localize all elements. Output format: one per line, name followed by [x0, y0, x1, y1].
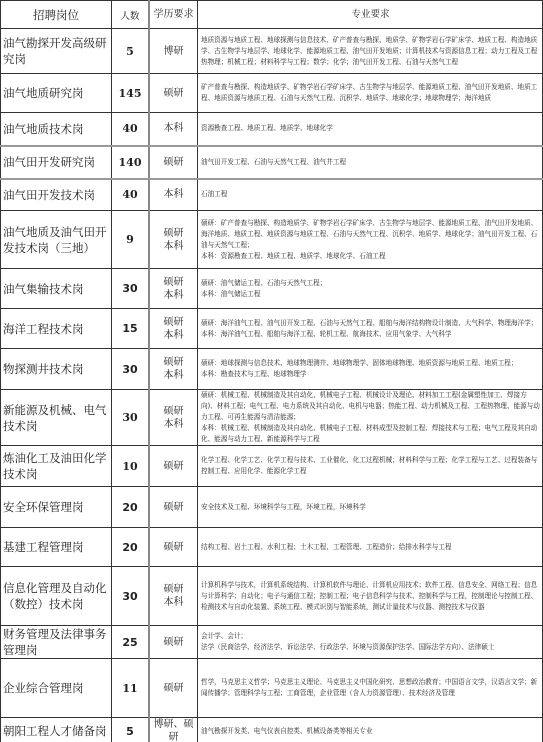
education-line: 硕研 — [152, 460, 195, 473]
major-line: 化学工程、化学工艺、化学工程与技术、工业催化、化工过程机械；材料科学与工程；化学… — [201, 455, 540, 477]
cell-count: 145 — [112, 74, 150, 113]
education-line: 博研 — [152, 45, 195, 58]
major-line: 资源勘查工程、地质工程、地质学、地球化学 — [201, 123, 540, 134]
education-line: 本科 — [152, 329, 195, 342]
education-line: 硕研 — [152, 583, 195, 596]
cell-count: 40 — [112, 179, 150, 211]
cell-post: 基建工程管理岗 — [1, 528, 112, 567]
cell-education: 硕研 — [149, 528, 198, 567]
table-row: 油气集输技术岗30硕研本科硕研：油气储运工程、石油与天然气工程；本科：油气储运工… — [1, 269, 543, 309]
major-line: 硕研：海洋油气工程、油气田开发工程、石油与天然气工程、船舶与海洋结构物设计制造、… — [201, 318, 540, 329]
education-line: 本科 — [152, 122, 195, 135]
table-row: 安全环保管理岗20硕研安全技术及工程、环境科学与工程，环境工程，环境科学 — [1, 487, 543, 528]
header-education: 学历要求 — [149, 1, 198, 29]
major-line: 硕研：矿产普查与勘探、构造地质学、矿物学岩石学矿床学、古生物学与地层学、能源地质… — [201, 218, 540, 251]
cell-major: 化学工程、化学工艺、化学工程与技术、工业催化、化工过程机械；材料科学与工程；化学… — [198, 446, 543, 487]
education-line: 硕研 — [152, 227, 195, 240]
cell-count: 140 — [112, 146, 150, 179]
header-count: 人数 — [112, 1, 150, 29]
major-line: 硕研：地球探测与信息技术、地球物理测井、地球物理学、固体地球物理、地质资源与地质… — [201, 358, 540, 369]
cell-post: 油气地质及油气田开发技术岗（三地） — [1, 211, 112, 269]
cell-major: 油气勘探开发类、电气仪表自控类、机械设备类等相关专业 — [198, 718, 543, 742]
education-line: 硕研 — [152, 405, 195, 418]
cell-education: 本科 — [149, 179, 198, 211]
cell-post: 油气田开发技术岗 — [1, 179, 112, 211]
education-line: 硕研 — [152, 87, 195, 100]
cell-education: 硕研本科 — [149, 211, 198, 269]
cell-education: 本科 — [149, 113, 198, 146]
major-line: 油气勘探开发类、电气仪表自控类、机械设备类等相关专业 — [201, 726, 540, 737]
cell-education: 硕研 — [149, 146, 198, 179]
major-line: 地质资源与地质工程、地球探测与信息技术、矿产普查与勘探、地质学、矿物学岩石学矿床… — [201, 35, 540, 68]
table-row: 财务管理及法律事务管理岗25硕研会计学、会计；法学（民商法学、经济法学、诉讼法学… — [1, 626, 543, 659]
education-line: 硕研 — [152, 356, 195, 369]
table-body: 油气勘探开发高级研究岗5博研地质资源与地质工程、地球探测与信息技术、矿产普查与勘… — [1, 29, 543, 742]
header-post: 招聘岗位 — [1, 1, 112, 29]
major-line: 本科：勘查技术与工程、地球物理学 — [201, 369, 540, 380]
table-row: 新能源及机械、电气技术岗30硕研本科硕研：机械工程、机械制造及其自动化、机械电子… — [1, 390, 543, 446]
cell-education: 硕研本科 — [149, 349, 198, 390]
cell-post: 企业综合管理岗 — [1, 659, 112, 718]
table-row: 油气地质及油气田开发技术岗（三地）9硕研本科硕研：矿产普查与勘探、构造地质学、矿… — [1, 211, 543, 269]
cell-count: 30 — [112, 269, 150, 309]
cell-major: 硕研：油气储运工程、石油与天然气工程；本科：油气储运工程 — [198, 269, 543, 309]
education-line: 本科 — [152, 369, 195, 382]
cell-post: 油气集输技术岗 — [1, 269, 112, 309]
cell-count: 5 — [112, 718, 150, 742]
major-line: 法学（民商法学、经济法学、诉讼法学、行政法学、环境与资源保护法学、国际法学方向）… — [201, 642, 540, 653]
cell-count: 20 — [112, 487, 150, 528]
cell-education: 博研、硕研 — [149, 718, 198, 742]
education-line: 硕研 — [152, 276, 195, 289]
cell-major: 油气田开发工程、石油与天然气工程、油气井工程 — [198, 146, 543, 179]
cell-count: 30 — [112, 567, 150, 626]
major-line: 本科：资源勘查工程、地质工程、地质学、地球化学、石油工程 — [201, 251, 540, 262]
major-line: 油气田开发工程、石油与天然气工程、油气井工程 — [201, 157, 540, 168]
major-line: 计算机科学与技术，计算机系统结构、计算机软件与理论、计算机应用技术；软件工程、信… — [201, 580, 540, 613]
cell-post: 安全环保管理岗 — [1, 487, 112, 528]
cell-post: 炼油化工及油田化学技术岗 — [1, 446, 112, 487]
table-row: 物探测井技术岗30硕研本科硕研：地球探测与信息技术、地球物理测井、地球物理学、固… — [1, 349, 543, 390]
cell-major: 安全技术及工程、环境科学与工程，环境工程，环境科学 — [198, 487, 543, 528]
cell-major: 石油工程 — [198, 179, 543, 211]
education-line: 博研、硕研 — [152, 718, 195, 742]
cell-education: 硕研 — [149, 626, 198, 659]
cell-count: 20 — [112, 528, 150, 567]
cell-major: 计算机科学与技术，计算机系统结构、计算机软件与理论、计算机应用技术；软件工程、信… — [198, 567, 543, 626]
cell-major: 资源勘查工程、地质工程、地质学、地球化学 — [198, 113, 543, 146]
cell-post: 油气地质技术岗 — [1, 113, 112, 146]
education-line: 本科 — [152, 188, 195, 201]
cell-major: 硕研：海洋油气工程、油气田开发工程、石油与天然气工程、船舶与海洋结构物设计制造、… — [198, 309, 543, 349]
table-row: 油气地质技术岗40本科资源勘查工程、地质工程、地质学、地球化学 — [1, 113, 543, 146]
cell-education: 硕研 — [149, 74, 198, 113]
cell-count: 9 — [112, 211, 150, 269]
education-line: 硕研 — [152, 682, 195, 695]
major-line: 矿产普查与勘探、构造地质学、矿物学岩石学矿床学、古生物学与地层学、能源地质工程、… — [201, 82, 540, 104]
table-row: 油气地质研究岗145硕研矿产普查与勘探、构造地质学、矿物学岩石学矿床学、古生物学… — [1, 74, 543, 113]
major-line: 本科：油气储运工程 — [201, 289, 540, 300]
cell-education: 硕研 — [149, 659, 198, 718]
major-line: 安全技术及工程、环境科学与工程，环境工程，环境科学 — [201, 502, 540, 513]
major-line: 硕研：油气储运工程、石油与天然气工程； — [201, 278, 540, 289]
major-line: 结构工程、岩土工程、水利工程；土木工程、工程管理、工程造价；给排水科学与工程 — [201, 542, 540, 553]
table-row: 朝阳工程人才储备岗5博研、硕研油气勘探开发类、电气仪表自控类、机械设备类等相关专… — [1, 718, 543, 742]
cell-education: 博研 — [149, 29, 198, 74]
table-row: 油气田开发研究岗140硕研油气田开发工程、石油与天然气工程、油气井工程 — [1, 146, 543, 179]
education-line: 本科 — [152, 289, 195, 302]
table-row: 企业综合管理岗11硕研哲学，马克思主义哲学；马克思主义理论、马克思主义中国化研究… — [1, 659, 543, 718]
header-row: 招聘岗位 人数 学历要求 专业要求 — [1, 1, 543, 29]
cell-major: 硕研：地球探测与信息技术、地球物理测井、地球物理学、固体地球物理、地质资源与地质… — [198, 349, 543, 390]
table-row: 油气田开发技术岗40本科石油工程 — [1, 179, 543, 211]
cell-education: 硕研本科 — [149, 309, 198, 349]
major-line: 会计学、会计； — [201, 631, 540, 642]
cell-education: 硕研本科 — [149, 390, 198, 446]
cell-major: 地质资源与地质工程、地球探测与信息技术、矿产普查与勘探、地质学、矿物学岩石学矿床… — [198, 29, 543, 74]
education-line: 硕研 — [152, 501, 195, 514]
cell-post: 油气地质研究岗 — [1, 74, 112, 113]
major-line: 哲学，马克思主义哲学；马克思主义理论、马克思主义中国化研究、思想政治教育；中国语… — [201, 677, 540, 699]
cell-post: 财务管理及法律事务管理岗 — [1, 626, 112, 659]
cell-count: 30 — [112, 390, 150, 446]
recruitment-table: 招聘岗位 人数 学历要求 专业要求 油气勘探开发高级研究岗5博研地质资源与地质工… — [0, 0, 543, 742]
table-row: 油气勘探开发高级研究岗5博研地质资源与地质工程、地球探测与信息技术、矿产普查与勘… — [1, 29, 543, 74]
cell-post: 朝阳工程人才储备岗 — [1, 718, 112, 742]
cell-major: 哲学，马克思主义哲学；马克思主义理论、马克思主义中国化研究、思想政治教育；中国语… — [198, 659, 543, 718]
table-row: 信息化管理及自动化（数控）技术岗30硕研本科计算机科学与技术，计算机系统结构、计… — [1, 567, 543, 626]
cell-count: 10 — [112, 446, 150, 487]
cell-post: 新能源及机械、电气技术岗 — [1, 390, 112, 446]
cell-count: 30 — [112, 349, 150, 390]
table-row: 基建工程管理岗20硕研结构工程、岩土工程、水利工程；土木工程、工程管理、工程造价… — [1, 528, 543, 567]
cell-education: 硕研本科 — [149, 567, 198, 626]
major-line: 硕研：机械工程、机械制造及其自动化、机械电子工程、机械设计及理论、材料加工工程(… — [201, 390, 540, 423]
header-major: 专业要求 — [198, 1, 543, 29]
major-line: 本科：机械工程、机械制造及其自动化、机械电子工程、材料成型及控制工程、焊接技术与… — [201, 423, 540, 445]
cell-education: 硕研 — [149, 487, 198, 528]
cell-post: 海洋工程技术岗 — [1, 309, 112, 349]
major-line: 本科：海洋油气工程、船舶与海洋工程、轮机工程、航海技术、应用气象学、大气科学 — [201, 329, 540, 340]
cell-post: 物探测井技术岗 — [1, 349, 112, 390]
cell-count: 11 — [112, 659, 150, 718]
major-line: 石油工程 — [201, 189, 540, 200]
table-row: 海洋工程技术岗15硕研本科硕研：海洋油气工程、油气田开发工程、石油与天然气工程、… — [1, 309, 543, 349]
education-line: 硕研 — [152, 156, 195, 169]
cell-count: 5 — [112, 29, 150, 74]
cell-major: 会计学、会计；法学（民商法学、经济法学、诉讼法学、行政法学、环境与资源保护法学、… — [198, 626, 543, 659]
cell-count: 40 — [112, 113, 150, 146]
cell-education: 硕研本科 — [149, 269, 198, 309]
cell-major: 结构工程、岩土工程、水利工程；土木工程、工程管理、工程造价；给排水科学与工程 — [198, 528, 543, 567]
cell-major: 硕研：机械工程、机械制造及其自动化、机械电子工程、机械设计及理论、材料加工工程(… — [198, 390, 543, 446]
cell-count: 15 — [112, 309, 150, 349]
education-line: 硕研 — [152, 316, 195, 329]
cell-count: 25 — [112, 626, 150, 659]
table-row: 炼油化工及油田化学技术岗10硕研化学工程、化学工艺、化学工程与技术、工业催化、化… — [1, 446, 543, 487]
education-line: 硕研 — [152, 636, 195, 649]
education-line: 本科 — [152, 240, 195, 253]
cell-major: 硕研：矿产普查与勘探、构造地质学、矿物学岩石学矿床学、古生物学与地层学、能源地质… — [198, 211, 543, 269]
cell-post: 油气田开发研究岗 — [1, 146, 112, 179]
cell-post: 油气勘探开发高级研究岗 — [1, 29, 112, 74]
education-line: 硕研 — [152, 541, 195, 554]
education-line: 本科 — [152, 418, 195, 431]
cell-education: 硕研 — [149, 446, 198, 487]
cell-post: 信息化管理及自动化（数控）技术岗 — [1, 567, 112, 626]
education-line: 本科 — [152, 596, 195, 609]
cell-major: 矿产普查与勘探、构造地质学、矿物学岩石学矿床学、古生物学与地层学、能源地质工程、… — [198, 74, 543, 113]
